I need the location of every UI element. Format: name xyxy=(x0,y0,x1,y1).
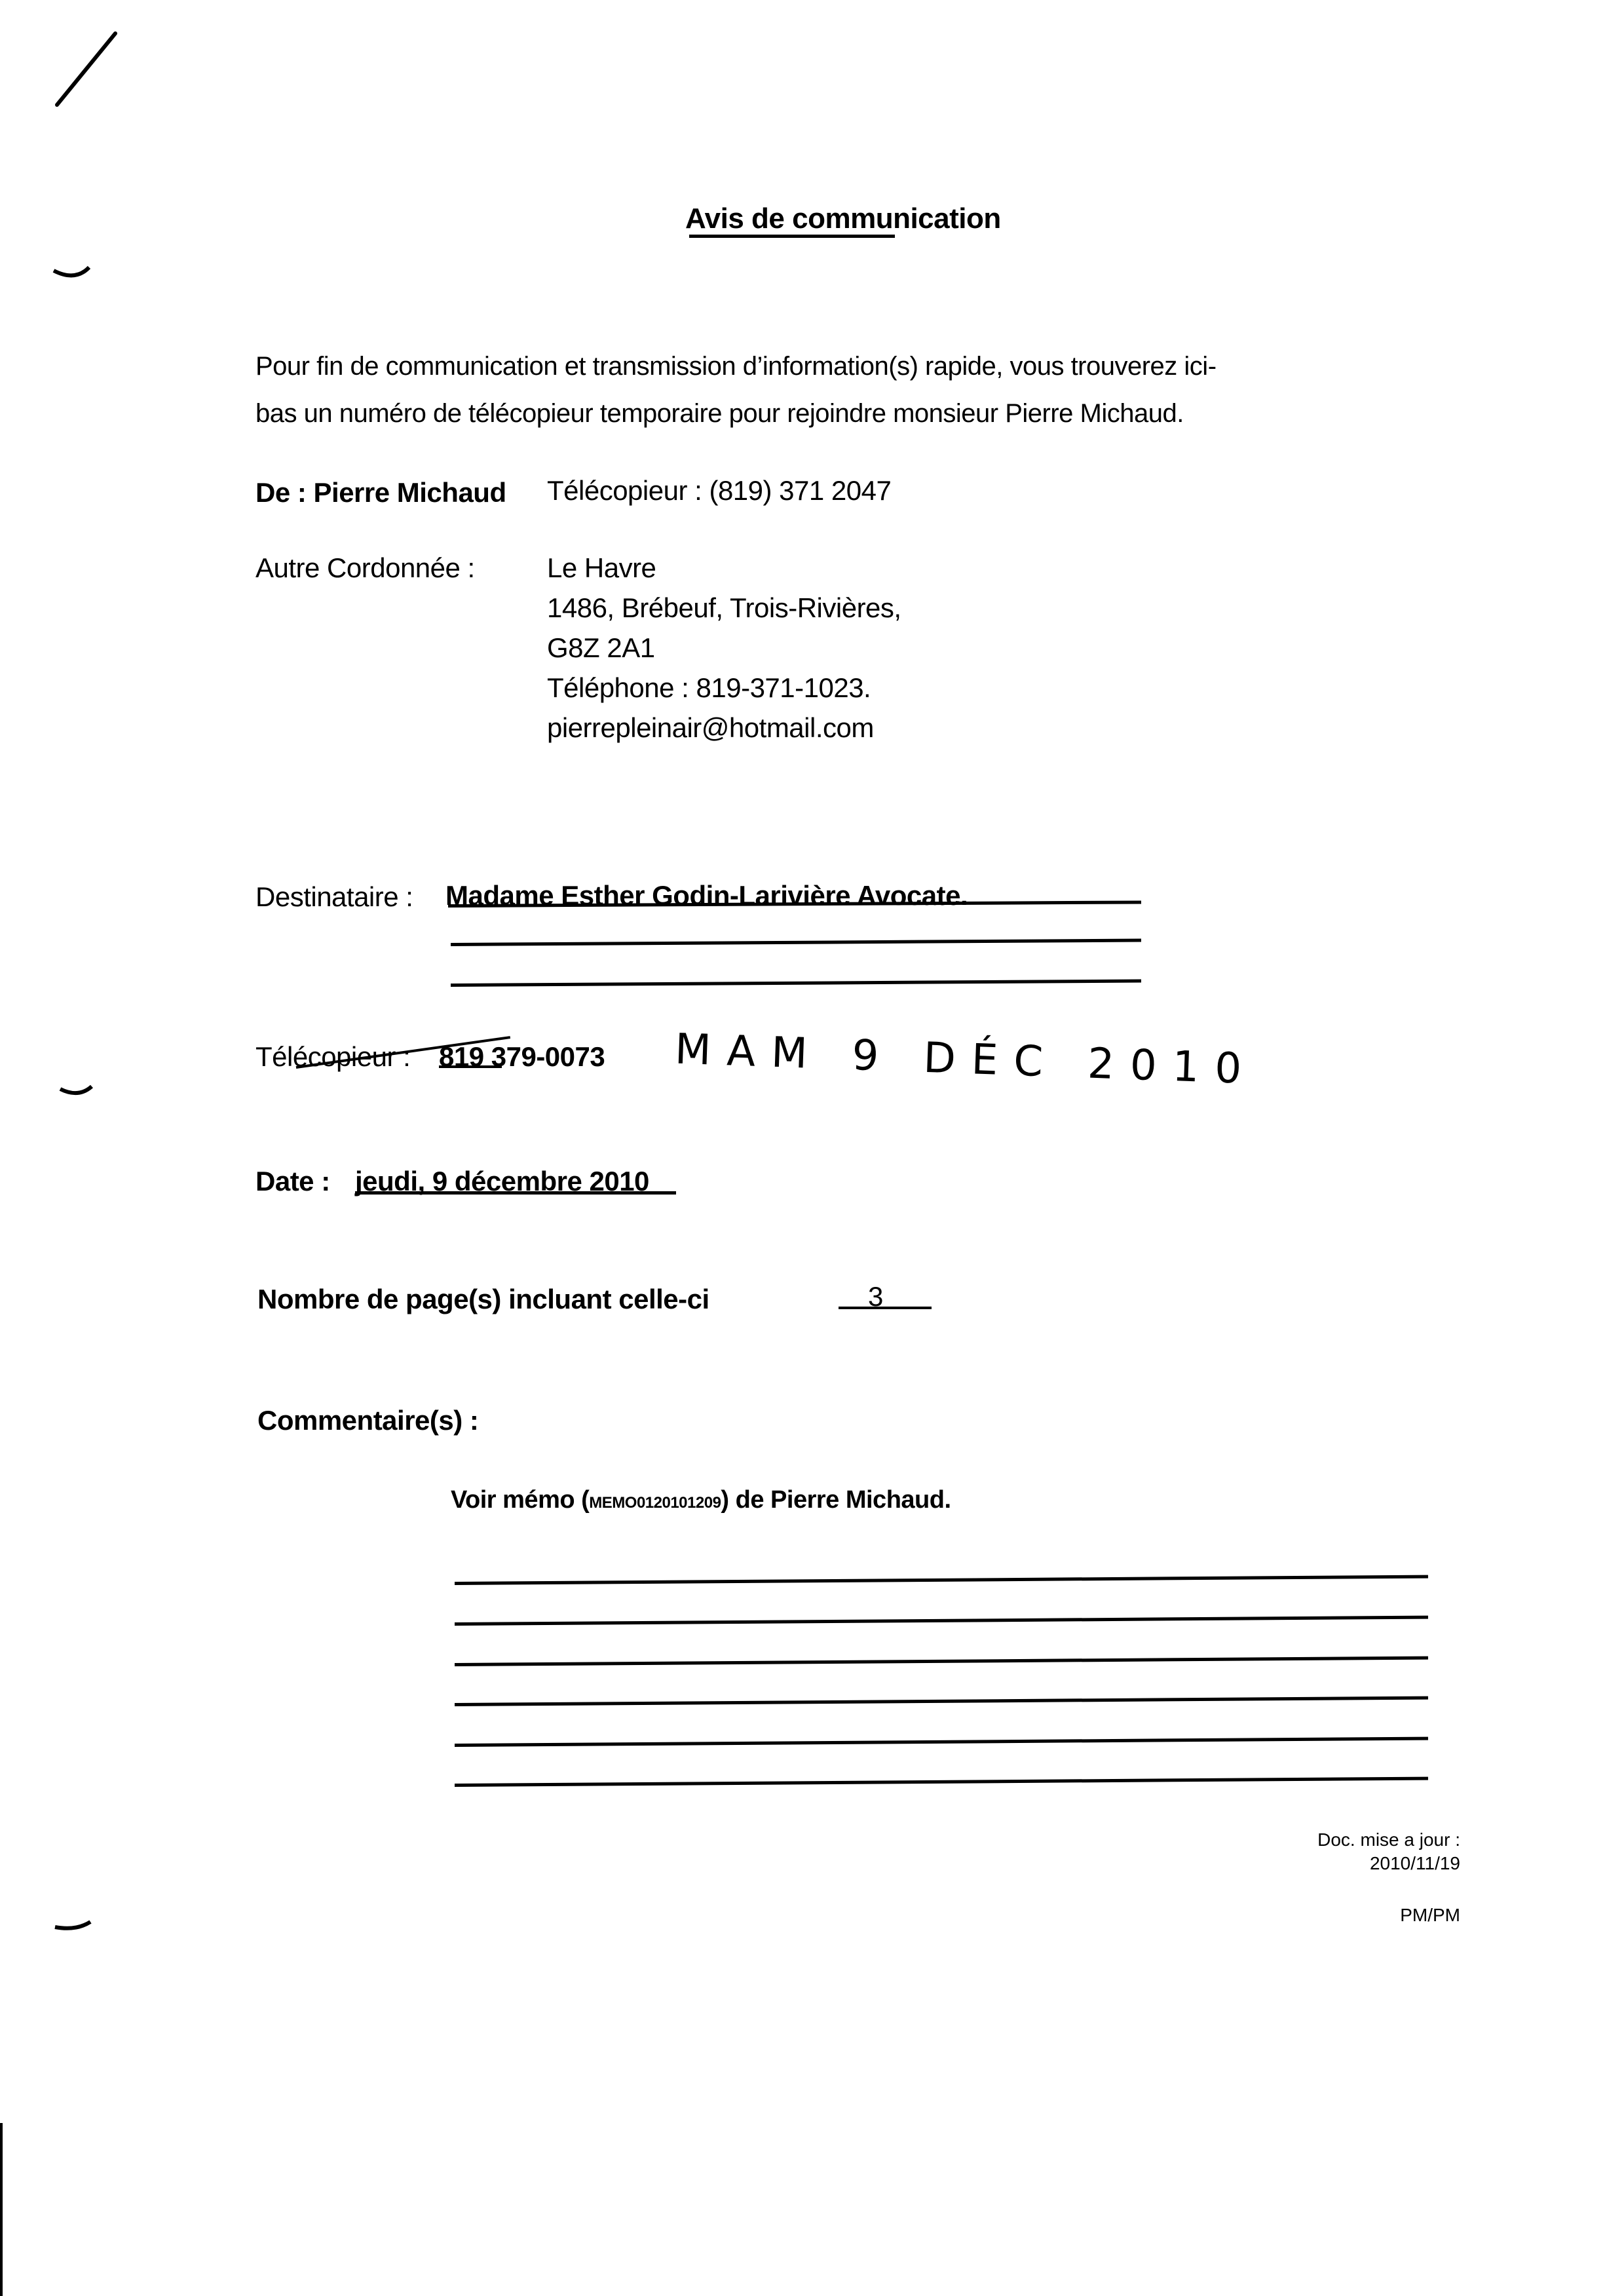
date-label: Date : xyxy=(255,1168,330,1195)
intro-line-1: Pour fin de communication et transmissio… xyxy=(255,353,1217,379)
sender-label: De : Pierre Michaud xyxy=(255,479,506,507)
recipient-label: Destinataire : xyxy=(255,883,413,911)
comment-line-1 xyxy=(455,1575,1428,1585)
contact-postal-code: G8Z 2A1 xyxy=(547,634,901,674)
comment-line-5 xyxy=(455,1737,1428,1747)
comments-text-after: ) de Pierre Michaud. xyxy=(721,1486,951,1514)
margin-slash-mark xyxy=(0,0,131,131)
comment-line-2 xyxy=(455,1616,1428,1626)
comment-line-4 xyxy=(455,1696,1428,1706)
doc-update-block: Doc. mise a jour : 2010/11/19 xyxy=(1317,1828,1460,1876)
handwritten-note: MAM 9 DÉC 2010 xyxy=(674,1025,1258,1094)
comments-text: Voir mémo (MEMO0120101209) de Pierre Mic… xyxy=(451,1487,951,1512)
hole-punch-mark xyxy=(50,1917,102,1943)
page-count-underline xyxy=(839,1307,932,1309)
hole-punch-mark xyxy=(46,256,98,282)
contact-email: pierrepleinair@hotmail.com xyxy=(547,714,901,754)
other-contact-block: Le Havre 1486, Brébeuf, Trois-Rivières, … xyxy=(547,554,901,754)
recipient-blank-line-2 xyxy=(451,980,1141,987)
memo-reference: MEMO0120101209 xyxy=(589,1494,721,1512)
sender-fax: Télécopieur : (819) 371 2047 xyxy=(547,477,891,505)
doc-update-label: Doc. mise a jour : xyxy=(1317,1828,1460,1852)
comments-text-before: Voir mémo ( xyxy=(451,1486,589,1514)
intro-line-2: bas un numéro de télécopieur temporaire … xyxy=(255,400,1184,427)
hole-punch-mark xyxy=(52,1081,105,1107)
other-contact-label: Autre Cordonnée : xyxy=(255,554,475,582)
comment-line-6 xyxy=(455,1777,1428,1787)
recipient-fax-label: Télécopieur : xyxy=(255,1043,410,1071)
scan-edge-line xyxy=(0,2123,3,2296)
initials: PM/PM xyxy=(1400,1904,1460,1927)
title-underline xyxy=(689,235,895,238)
comments-label: Commentaire(s) : xyxy=(257,1407,478,1434)
doc-update-date: 2010/11/19 xyxy=(1317,1852,1460,1875)
date-underline xyxy=(355,1191,676,1195)
contact-phone: Téléphone : 819-371-1023. xyxy=(547,674,901,714)
recipient-blank-line-1 xyxy=(451,939,1141,946)
page-title: Avis de communication xyxy=(685,204,1001,233)
contact-address: 1486, Brébeuf, Trois-Rivières, xyxy=(547,594,901,634)
page-count-label: Nombre de page(s) incluant celle-ci xyxy=(257,1286,709,1313)
contact-line: Le Havre xyxy=(547,554,901,594)
comment-line-3 xyxy=(455,1656,1428,1666)
recipient-fax-underline xyxy=(439,1065,502,1068)
